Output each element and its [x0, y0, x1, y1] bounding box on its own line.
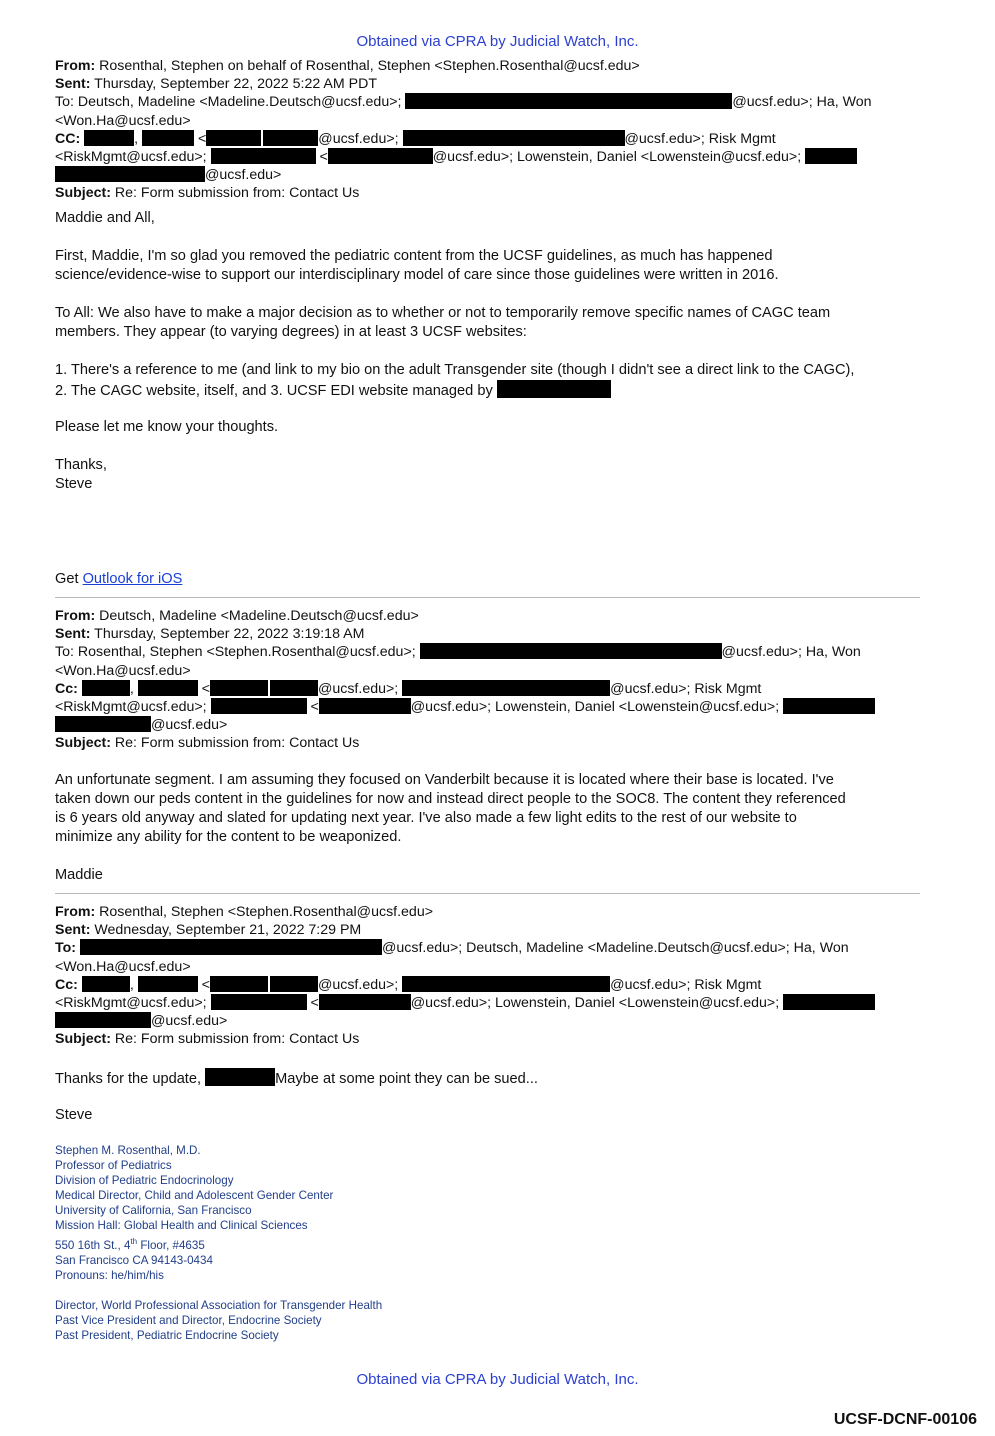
email2-header: From: Deutsch, Madeline <Madeline.Deutsc… [55, 607, 875, 753]
email3-header: From: Rosenthal, Stephen <Stephen.Rosent… [55, 903, 875, 1049]
email2-from: From: Deutsch, Madeline <Madeline.Deutsc… [55, 607, 875, 625]
email1-paragraph-1: First, Maddie, I'm so glad you removed t… [55, 247, 779, 285]
redaction-block [211, 698, 307, 714]
email2-sent: Sent: Thursday, September 22, 2022 3:19:… [55, 625, 875, 643]
signature-address: 550 16th St., 4th Floor, #4635 [55, 1234, 382, 1253]
email2-to-cont: <Won.Ha@ucsf.edu> [55, 662, 875, 680]
redaction-block [142, 130, 194, 146]
redaction-block [80, 939, 382, 955]
email2-cc: Cc: , <@ucsf.edu>; @ucsf.edu>; Risk Mgmt [55, 680, 875, 698]
email1-header: From: Rosenthal, Stephen on behalf of Ro… [55, 57, 872, 203]
redaction-block [497, 380, 611, 398]
redaction-block [405, 93, 732, 109]
watermark-top: Obtained via CPRA by Judicial Watch, Inc… [0, 33, 995, 50]
email1-to-cont: <Won.Ha@ucsf.edu> [55, 112, 872, 130]
redaction-block [210, 680, 268, 696]
email2-cc-cont: <RiskMgmt@ucsf.edu>; <@ucsf.edu>; Lowens… [55, 698, 875, 716]
redaction-block [82, 680, 130, 696]
email1-cc-cont2: @ucsf.edu> [55, 166, 872, 184]
email2-subject: Subject: Re: Form submission from: Conta… [55, 734, 875, 752]
email1-closing: Thanks, Steve [55, 456, 107, 494]
redaction-block [138, 976, 198, 992]
redaction-block [403, 130, 625, 146]
redaction-block [205, 1068, 275, 1086]
signature-pronouns: Pronouns: he/him/his [55, 1268, 382, 1283]
redaction-block [328, 148, 433, 164]
redaction-block [402, 680, 610, 696]
redaction-block [263, 130, 318, 146]
redaction-block [138, 680, 198, 696]
email3-cc: Cc: , <@ucsf.edu>; @ucsf.edu>; Risk Mgmt [55, 976, 875, 994]
email3-cc-cont: <RiskMgmt@ucsf.edu>; <@ucsf.edu>; Lowens… [55, 994, 875, 1012]
redaction-block [805, 148, 857, 164]
redaction-block [783, 698, 875, 714]
email2-to: To: Rosenthal, Stephen <Stephen.Rosentha… [55, 643, 875, 661]
watermark-bottom: Obtained via CPRA by Judicial Watch, Inc… [0, 1371, 995, 1388]
email3-to-cont: <Won.Ha@ucsf.edu> [55, 958, 875, 976]
email3-from: From: Rosenthal, Stephen <Stephen.Rosent… [55, 903, 875, 921]
email1-subject: Subject: Re: Form submission from: Conta… [55, 184, 872, 202]
email1-to: To: Deutsch, Madeline <Madeline.Deutsch@… [55, 93, 872, 111]
redaction-block [55, 716, 151, 732]
email2-signoff: Maddie [55, 866, 103, 885]
outlook-ios-link[interactable]: Outlook for iOS [83, 571, 183, 587]
email3-signoff: Steve [55, 1106, 92, 1125]
signature-block: Stephen M. Rosenthal, M.D. Professor of … [55, 1143, 382, 1343]
redaction-block [210, 976, 268, 992]
email3-body: Thanks for the update, Maybe at some poi… [55, 1068, 538, 1089]
redaction-block [84, 130, 134, 146]
email1-paragraph-4: Please let me know your thoughts. [55, 418, 278, 437]
redaction-block [270, 680, 318, 696]
email1-greeting: Maddie and All, [55, 209, 155, 228]
redaction-block [55, 1012, 151, 1028]
redaction-block [206, 130, 261, 146]
email3-to: To: @ucsf.edu>; Deutsch, Madeline <Madel… [55, 939, 875, 957]
redaction-block [319, 698, 411, 714]
email1-from: From: Rosenthal, Stephen on behalf of Ro… [55, 57, 872, 75]
redaction-block [783, 994, 875, 1010]
email3-subject: Subject: Re: Form submission from: Conta… [55, 1030, 875, 1048]
email3-cc-cont2: @ucsf.edu> [55, 1012, 875, 1030]
email1-cc-cont: <RiskMgmt@ucsf.edu>; <@ucsf.edu>; Lowens… [55, 148, 872, 166]
redaction-block [211, 148, 316, 164]
email1-paragraph-3: 1. There's a reference to me (and link t… [55, 361, 854, 401]
document-id: UCSF-DCNF-00106 [834, 1411, 977, 1429]
redaction-block [319, 994, 411, 1010]
redaction-block [270, 976, 318, 992]
email1-paragraph-2: To All: We also have to make a major dec… [55, 304, 830, 342]
divider [55, 597, 920, 598]
email2-cc-cont2: @ucsf.edu> [55, 716, 875, 734]
signature-city: San Francisco CA 94143-0434 [55, 1253, 382, 1268]
email3-sent: Sent: Wednesday, September 21, 2022 7:29… [55, 921, 875, 939]
email1-cc: CC: , <@ucsf.edu>; @ucsf.edu>; Risk Mgmt [55, 130, 872, 148]
email1-mobile-footer: Get Outlook for iOS [55, 570, 182, 589]
redaction-block [420, 643, 722, 659]
redaction-block [82, 976, 130, 992]
redaction-block [402, 976, 610, 992]
email1-sent: Sent: Thursday, September 22, 2022 5:22 … [55, 75, 872, 93]
redaction-block [211, 994, 307, 1010]
redaction-block [55, 166, 205, 182]
email2-body: An unfortunate segment. I am assuming th… [55, 771, 846, 847]
divider [55, 893, 920, 894]
